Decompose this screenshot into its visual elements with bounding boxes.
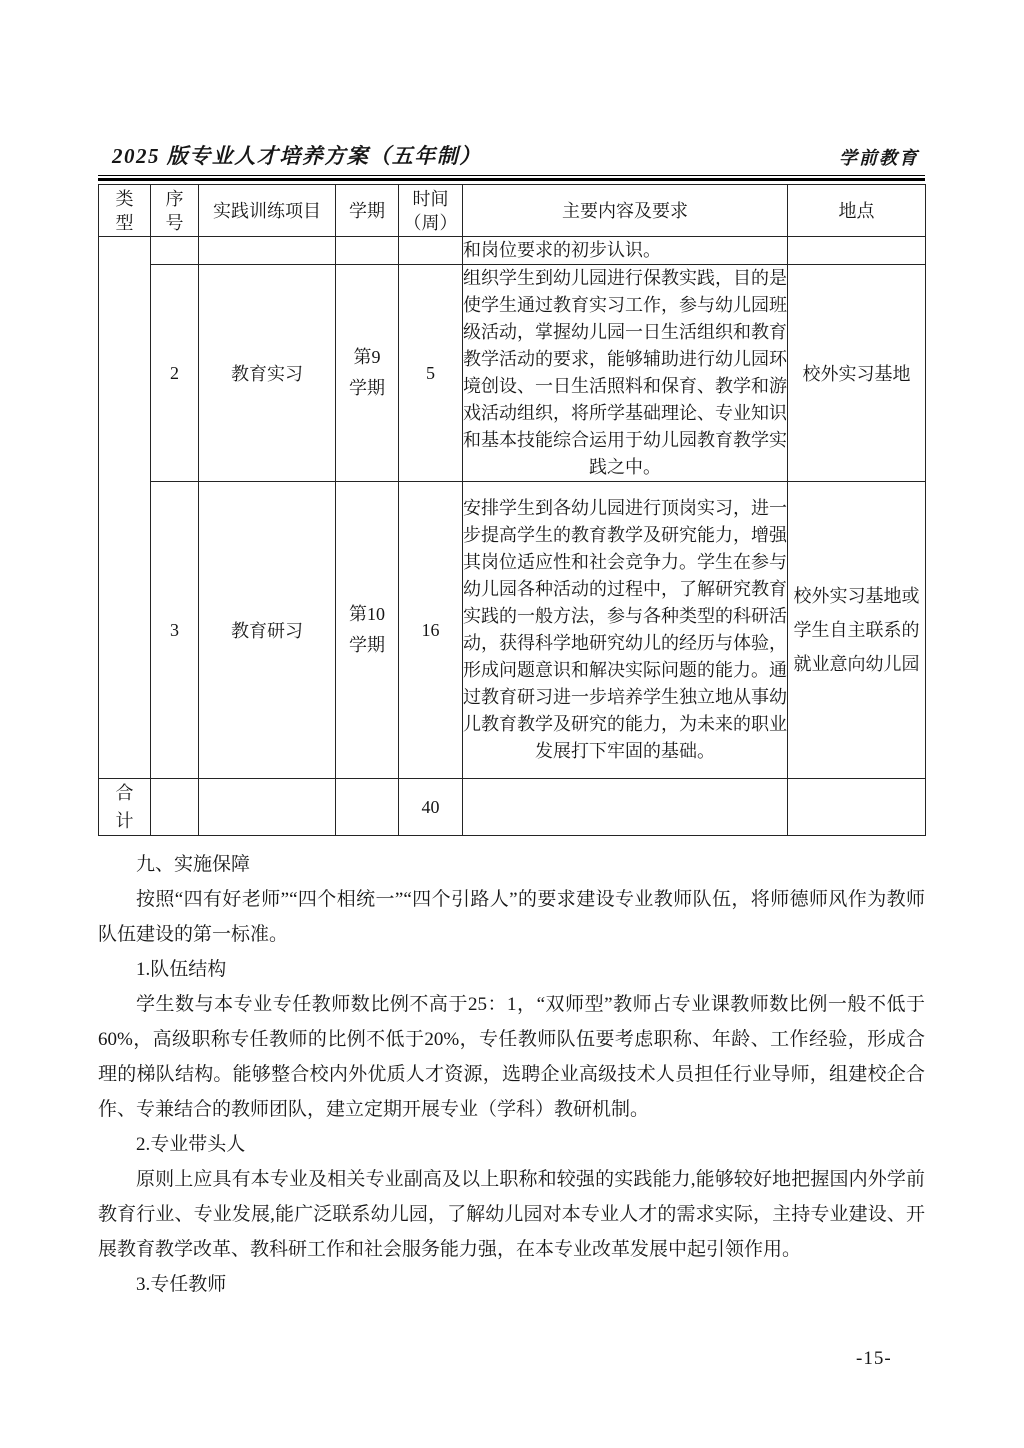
cell-project: 教育研习 [199,482,336,779]
cell-total-weeks: 40 [399,779,463,836]
cell-location: 校外实习基地或学生自主联系的就业意向幼儿园 [788,482,926,779]
subsection-paragraph-2: 原则上应具有本专业及相关专业副高及以上职称和较强的实践能力,能够较好地把握国内外… [98,1162,925,1267]
table-row: 和岗位要求的初步认识。 [99,237,926,265]
document-body: 2025 版专业人才培养方案（五年制） 学前教育 类 型 序 号 实践训练项目 … [98,140,925,1302]
col-header-project: 实践训练项目 [199,185,336,237]
cell-content [463,779,788,836]
cell-semester [336,237,399,265]
cell-weeks: 16 [399,482,463,779]
col-header-no: 序 号 [151,185,199,237]
cell-type-merged [99,237,151,779]
cell-location [788,779,926,836]
table-total-row: 合 计 40 [99,779,926,836]
cell-weeks [399,237,463,265]
document-page: 2025 版专业人才培养方案（五年制） 学前教育 类 型 序 号 实践训练项目 … [0,0,1024,1448]
practice-training-table: 类 型 序 号 实践训练项目 学期 时间 （周） 主要内容及要求 地点 和岗位要… [98,184,926,836]
section-heading-9: 九、实施保障 [98,847,925,882]
table-row: 2 教育实习 第9 学期 5 组织学生到幼儿园进行保教实践，目的是使学生通过教育… [99,265,926,482]
col-header-weeks: 时间 （周） [399,185,463,237]
doc-subject: 学前教育 [839,144,919,170]
table-row: 3 教育研习 第10 学期 16 安排学生到各幼儿园进行顶岗实习，进一步提高学生… [99,482,926,779]
cell-semester: 第10 学期 [336,482,399,779]
page-number: -15- [856,1348,892,1370]
cell-no: 2 [151,265,199,482]
cell-project [199,779,336,836]
cell-no: 3 [151,482,199,779]
cell-no [151,237,199,265]
cell-no [151,779,199,836]
document-header: 2025 版专业人才培养方案（五年制） 学前教育 [98,140,925,175]
cell-weeks: 5 [399,265,463,482]
cell-location [788,237,926,265]
subsection-heading-1: 1.队伍结构 [98,952,925,987]
col-header-content: 主要内容及要求 [463,185,788,237]
cell-content: 和岗位要求的初步认识。 [463,237,788,265]
cell-total-label: 合 计 [99,779,151,836]
doc-title: 2025 版专业人才培养方案（五年制） [112,140,482,170]
cell-semester [336,779,399,836]
section-paragraph-9: 按照“四有好老师”“四个相统一”“四个引路人”的要求建设专业教师队伍，将师德师风… [98,882,925,952]
col-header-location: 地点 [788,185,926,237]
cell-semester: 第9 学期 [336,265,399,482]
body-text: 九、实施保障 按照“四有好老师”“四个相统一”“四个引路人”的要求建设专业教师队… [98,847,925,1302]
table-header-row: 类 型 序 号 实践训练项目 学期 时间 （周） 主要内容及要求 地点 [99,185,926,237]
col-header-semester: 学期 [336,185,399,237]
cell-content: 安排学生到各幼儿园进行顶岗实习，进一步提高学生的教育教学及研究能力，增强其岗位适… [463,482,788,779]
cell-location: 校外实习基地 [788,265,926,482]
subsection-paragraph-1: 学生数与本专业专任教师数比例不高于25：1，“双师型”教师占专业课教师数比例一般… [98,987,925,1127]
cell-content: 组织学生到幼儿园进行保教实践，目的是使学生通过教育实习工作，参与幼儿园班级活动，… [463,265,788,482]
subsection-heading-3: 3.专任教师 [98,1267,925,1302]
cell-project: 教育实习 [199,265,336,482]
subsection-heading-2: 2.专业带头人 [98,1127,925,1162]
col-header-type: 类 型 [99,185,151,237]
cell-project [199,237,336,265]
header-rule [98,175,925,181]
